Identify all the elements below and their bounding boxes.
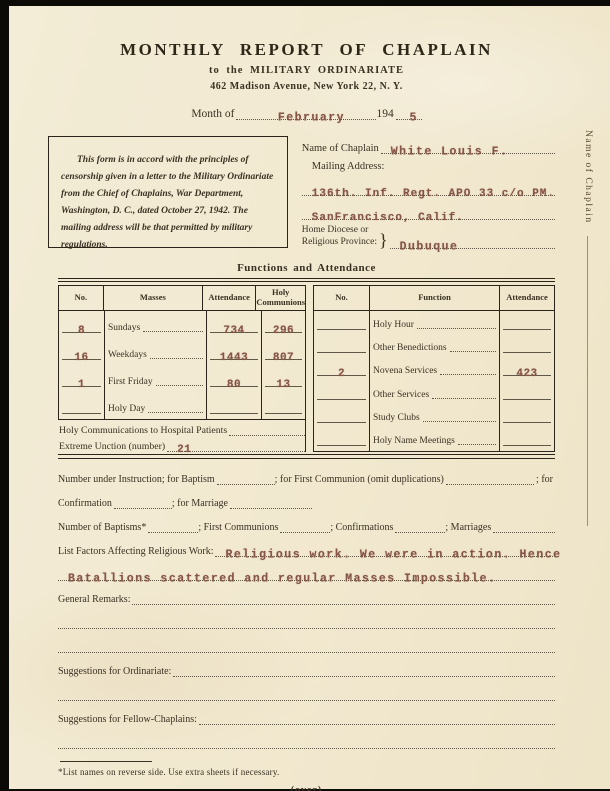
chaplain-name-label: Name of Chaplain xyxy=(302,143,379,154)
functions-table: No. Masses Attendance Holy Communions 8 … xyxy=(58,278,555,459)
cell-label: Other Services xyxy=(373,390,429,400)
cell-communions: 13 xyxy=(276,379,290,391)
month-typed-value: February xyxy=(278,111,345,124)
chaplain-info: Name of Chaplain White Louis F. Mailing … xyxy=(302,136,555,249)
instruction-label-c: ; for xyxy=(536,474,553,485)
double-rule-bottom xyxy=(58,454,555,459)
marriages-label: ; Marriages xyxy=(445,522,491,533)
masses-table: No. Masses Attendance Holy Communions 8 … xyxy=(58,285,305,452)
general-remarks-field xyxy=(132,604,555,605)
blank-line xyxy=(58,725,555,749)
extreme-unction-line: Extreme Unction (number) 21 xyxy=(58,436,305,452)
censorship-notice-text: This form is in accord with the principl… xyxy=(61,152,275,255)
fellow-chaplains-label: Suggestions for Fellow-Chaplains: xyxy=(58,714,197,725)
diocese-label-2: Religious Province: xyxy=(302,237,377,247)
address-field-2: SanFrancisco, Calif. xyxy=(302,207,555,220)
cell-label: Other Benedictions xyxy=(373,343,447,353)
sacraments-line: Number of Baptisms* ; First Communions ;… xyxy=(58,509,555,533)
dotted-leader xyxy=(417,328,496,329)
cell-no: 2 xyxy=(338,368,345,380)
over-label: (over) xyxy=(58,785,555,791)
table-row: 8 Sundays 734 296 xyxy=(59,311,305,338)
col-header-no: No. xyxy=(59,286,104,310)
chaplain-name-line: Name of Chaplain White Louis F. xyxy=(302,136,555,154)
chaplain-name-typed: White Louis F. xyxy=(391,145,509,158)
diocese-label-1: Home Diocese or xyxy=(302,225,368,235)
cell-label: Holy Name Meetings xyxy=(373,436,455,446)
communions-label: ; First Communions xyxy=(198,522,278,533)
confirmation-field xyxy=(114,508,172,509)
marriage-label: ; for Marriage xyxy=(172,498,228,509)
cell-communions: 807 xyxy=(273,352,294,364)
cell-label: Sundays xyxy=(108,323,140,333)
fellow-chaplains-field xyxy=(199,724,555,725)
marriage-field xyxy=(230,508,312,509)
diocese-line: Home Diocese or Religious Province: } Du… xyxy=(302,224,555,249)
dotted-leader xyxy=(150,358,203,359)
baptisms-label: Number of Baptisms* xyxy=(58,522,146,533)
paper-sheet: Name of Chaplain MONTHLY REPORT OF CHAPL… xyxy=(9,6,610,789)
diocese-field: Dubuque xyxy=(390,235,555,249)
brace-glyph: } xyxy=(379,230,388,251)
table-row: Holy Hour xyxy=(314,311,554,334)
cell-label: Weekdays xyxy=(108,350,147,360)
cell-attendance: 1443 xyxy=(220,352,248,364)
col-header-communions: Holy Communions xyxy=(256,286,305,310)
footnote-text: *List names on reverse side. Use extra s… xyxy=(58,767,555,777)
cell-label: Study Clubs xyxy=(373,413,420,423)
side-vertical-rule xyxy=(587,236,588,526)
cell-communions: 296 xyxy=(273,325,294,337)
instruction-line-1: Number under Instruction; for Baptism ; … xyxy=(58,461,555,485)
diocese-label: Home Diocese or Religious Province: xyxy=(302,224,377,249)
form-header: MONTHLY REPORT OF CHAPLAIN to the MILITA… xyxy=(58,6,555,120)
address-field-1: 136th. Inf. Regt. APO 33 c/o PM. xyxy=(302,183,555,196)
table-row: Other Benedictions xyxy=(314,335,554,358)
footnote-rule xyxy=(60,761,152,762)
info-row: This form is in accord with the principl… xyxy=(48,136,555,249)
month-line: Month of February 194 5 xyxy=(58,102,555,120)
dotted-leader xyxy=(148,412,203,413)
form-lines: Number under Instruction; for Baptism ; … xyxy=(58,461,555,749)
cell-no: 1 xyxy=(78,379,85,391)
factors-line-1: List Factors Affecting Religious Work: R… xyxy=(58,533,555,557)
side-vertical-label: Name of Chaplain xyxy=(583,130,593,224)
baptism-field xyxy=(217,484,275,485)
factors-label: List Factors Affecting Religious Work: xyxy=(58,546,213,557)
fellow-chaplains-line: Suggestions for Fellow-Chaplains: xyxy=(58,701,555,725)
ordinariate-address: 462 Madison Avenue, New York 22, N. Y. xyxy=(58,81,555,92)
blank-field xyxy=(58,628,555,629)
blank-line xyxy=(58,629,555,653)
chaplain-name-field: White Louis F. xyxy=(381,140,555,154)
extreme-unction-label: Extreme Unction (number) xyxy=(59,441,165,452)
factors-typed-1: Religious work. We were in action. Hence xyxy=(225,548,561,561)
hospital-communions-label: Holy Communications to Hospital Patients xyxy=(59,425,227,436)
mailing-address-line-1: 136th. Inf. Regt. APO 33 c/o PM. xyxy=(302,172,555,196)
marriages-field xyxy=(493,532,555,533)
table-row: Holy Day xyxy=(59,392,305,419)
page-subtitle: to the MILITARY ORDINARIATE xyxy=(58,65,555,76)
col-header-function: Function xyxy=(370,286,500,310)
dotted-leader xyxy=(450,351,496,352)
blank-field xyxy=(58,748,555,749)
col-header-attendance: Attendance xyxy=(500,286,554,310)
cell-attendance: 80 xyxy=(227,379,241,391)
col-header-attendance: Attendance xyxy=(203,286,256,310)
dotted-leader xyxy=(143,331,203,332)
factors-field-2: Batallions scattered and regular Masses … xyxy=(58,567,555,581)
dotted-leader xyxy=(432,398,496,399)
cell-attendance: 734 xyxy=(223,325,244,337)
table-row: 16 Weekdays 1443 807 xyxy=(59,338,305,365)
baptisms-field xyxy=(148,532,198,533)
col-header-masses: Masses xyxy=(104,286,203,310)
table-row: Study Clubs xyxy=(314,405,554,428)
cell-no: 16 xyxy=(74,352,88,364)
instruction-label-b: ; for First Communion (omit duplications… xyxy=(275,474,444,485)
extreme-unction-field: 21 xyxy=(167,439,305,452)
functions-table-header: No. Function Attendance xyxy=(314,286,554,311)
double-rule-top xyxy=(58,278,555,283)
table-row: 1 First Friday 80 13 xyxy=(59,365,305,392)
ordinariate-label: Suggestions for Ordinariate: xyxy=(58,666,171,677)
cell-label: Holy Day xyxy=(108,404,145,414)
blank-field xyxy=(58,652,555,653)
year-field: 5 xyxy=(396,106,422,120)
address-typed-1: 136th. Inf. Regt. APO 33 c/o PM. xyxy=(312,188,555,200)
table-center-divider xyxy=(305,285,314,452)
scanned-document-page: Name of Chaplain MONTHLY REPORT OF CHAPL… xyxy=(0,0,610,791)
cell-label: First Friday xyxy=(108,377,153,387)
dotted-leader xyxy=(440,374,496,375)
general-remarks-label: General Remarks: xyxy=(58,594,130,605)
diocese-typed: Dubuque xyxy=(400,240,459,253)
confirmations-label: ; Confirmations xyxy=(330,522,393,533)
section-title: Functions and Attendance xyxy=(58,262,555,274)
blank-line xyxy=(58,677,555,701)
dotted-leader xyxy=(458,444,496,445)
year-typed-value: 5 xyxy=(409,111,417,124)
ordinariate-line: Suggestions for Ordinariate: xyxy=(58,653,555,677)
confirmation-label: Confirmation xyxy=(58,498,112,509)
blank-field xyxy=(58,700,555,701)
year-prefix: 194 xyxy=(376,108,393,120)
mailing-address-label: Mailing Address: xyxy=(312,161,555,172)
ordinariate-field xyxy=(173,676,555,677)
hospital-communions-line: Holy Communications to Hospital Patients xyxy=(58,420,305,436)
month-field: February xyxy=(236,106,376,120)
cell-attendance: 423 xyxy=(516,368,537,380)
cell-label: Novena Services xyxy=(373,366,437,376)
blank-line xyxy=(58,605,555,629)
month-label: Month of xyxy=(191,108,234,120)
communions-field xyxy=(280,532,330,533)
factors-typed-2: Batallions scattered and regular Masses … xyxy=(68,572,496,585)
table-row: Other Services xyxy=(314,381,554,404)
table-row: 2 Novena Services 423 xyxy=(314,358,554,381)
table-row: Holy Name Meetings xyxy=(314,428,554,451)
instruction-label-a: Number under Instruction; for Baptism xyxy=(58,474,215,485)
first-communion-field xyxy=(446,484,534,485)
instruction-line-2: Confirmation ; for Marriage xyxy=(58,485,555,509)
dotted-leader xyxy=(423,421,496,422)
extreme-unction-typed: 21 xyxy=(177,444,191,456)
col-header-no: No. xyxy=(314,286,370,310)
censorship-notice-box: This form is in accord with the principl… xyxy=(48,136,288,248)
cell-label: Holy Hour xyxy=(373,320,414,330)
confirmations-field xyxy=(395,532,445,533)
masses-table-header: No. Masses Attendance Holy Communions xyxy=(59,286,305,311)
dotted-leader xyxy=(156,385,203,386)
cell-no: 8 xyxy=(78,325,85,337)
page-title: MONTHLY REPORT OF CHAPLAIN xyxy=(58,6,555,60)
functions-subtable: No. Function Attendance Holy Hour xyxy=(314,285,555,452)
address-typed-2: SanFrancisco, Calif. xyxy=(312,212,464,224)
factors-field-1: Religious work. We were in action. Hence xyxy=(215,543,555,557)
